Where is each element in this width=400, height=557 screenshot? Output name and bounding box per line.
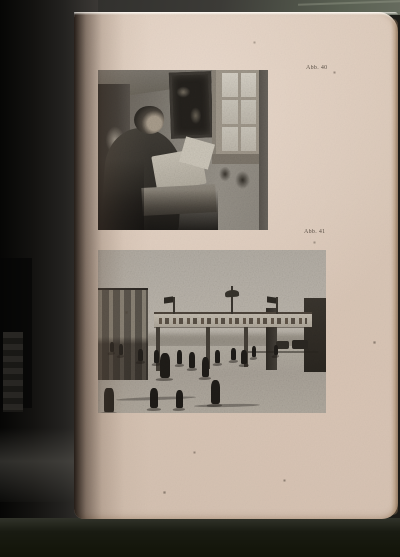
page-edge-stack: [391, 18, 398, 515]
window-pane: [222, 127, 238, 151]
pedestrian-figure: [104, 388, 114, 412]
pedestrian-figure: [202, 357, 209, 377]
foreground-shadow-left: [98, 160, 144, 230]
pedestrian-figure: [119, 344, 123, 355]
backdrop-faint-side-image: [3, 332, 23, 412]
pedestrian-figure: [189, 352, 195, 368]
pedestrian-figure: [177, 350, 182, 364]
pedestrian-figure: [138, 349, 143, 361]
book-photograph-scene: Abb. 40: [0, 0, 400, 557]
pedestrian-figure: [154, 350, 159, 363]
parked-vehicle: [292, 340, 308, 349]
flag-pole: [276, 297, 278, 314]
window-frame: [212, 70, 260, 154]
ground-edge-line: [248, 351, 318, 353]
banner-inscription-illegible: [159, 318, 307, 324]
window-pane: [222, 100, 238, 124]
photo-reading-room-content: [98, 70, 268, 230]
window-pane: [241, 100, 257, 124]
gate-emblem: [225, 290, 239, 298]
pedestrian-figure: [252, 346, 256, 357]
framed-poster: [169, 71, 213, 138]
flag: [267, 296, 276, 303]
window-pane: [241, 127, 257, 151]
pedestrian-figure: [110, 342, 114, 352]
pedestrian-figure: [274, 345, 278, 355]
right-gate-structure: [304, 298, 326, 372]
window-pane: [241, 73, 257, 97]
sill-plants: [214, 162, 258, 192]
pedestrian-figure: [211, 380, 220, 404]
colonnade-building: [98, 288, 148, 380]
pedestrian-figure: [160, 353, 170, 378]
figure-label-2: Abb. 41: [304, 229, 325, 236]
photo-entrance-gate-content: [98, 250, 326, 413]
photo-reading-room: [98, 70, 268, 230]
figure-label-1: Abb. 40: [306, 65, 327, 72]
reader-head: [134, 106, 164, 134]
right-wall-strip: [259, 70, 268, 230]
window-pane: [222, 73, 238, 97]
backdrop-left-light-band: [0, 428, 80, 502]
gate-banner: [154, 312, 312, 327]
page-top-edge-highlight: [74, 12, 398, 15]
book-page: Abb. 40: [74, 12, 398, 519]
window-panes: [222, 73, 256, 151]
backdrop-bottom-band: [0, 518, 400, 557]
photo-entrance-gate: [98, 250, 326, 413]
flag-pole: [173, 297, 175, 314]
pedestrian-figure: [215, 350, 220, 363]
flag: [164, 296, 173, 303]
pedestrian-figure: [231, 348, 236, 360]
pedestrian-figure: [241, 350, 247, 364]
